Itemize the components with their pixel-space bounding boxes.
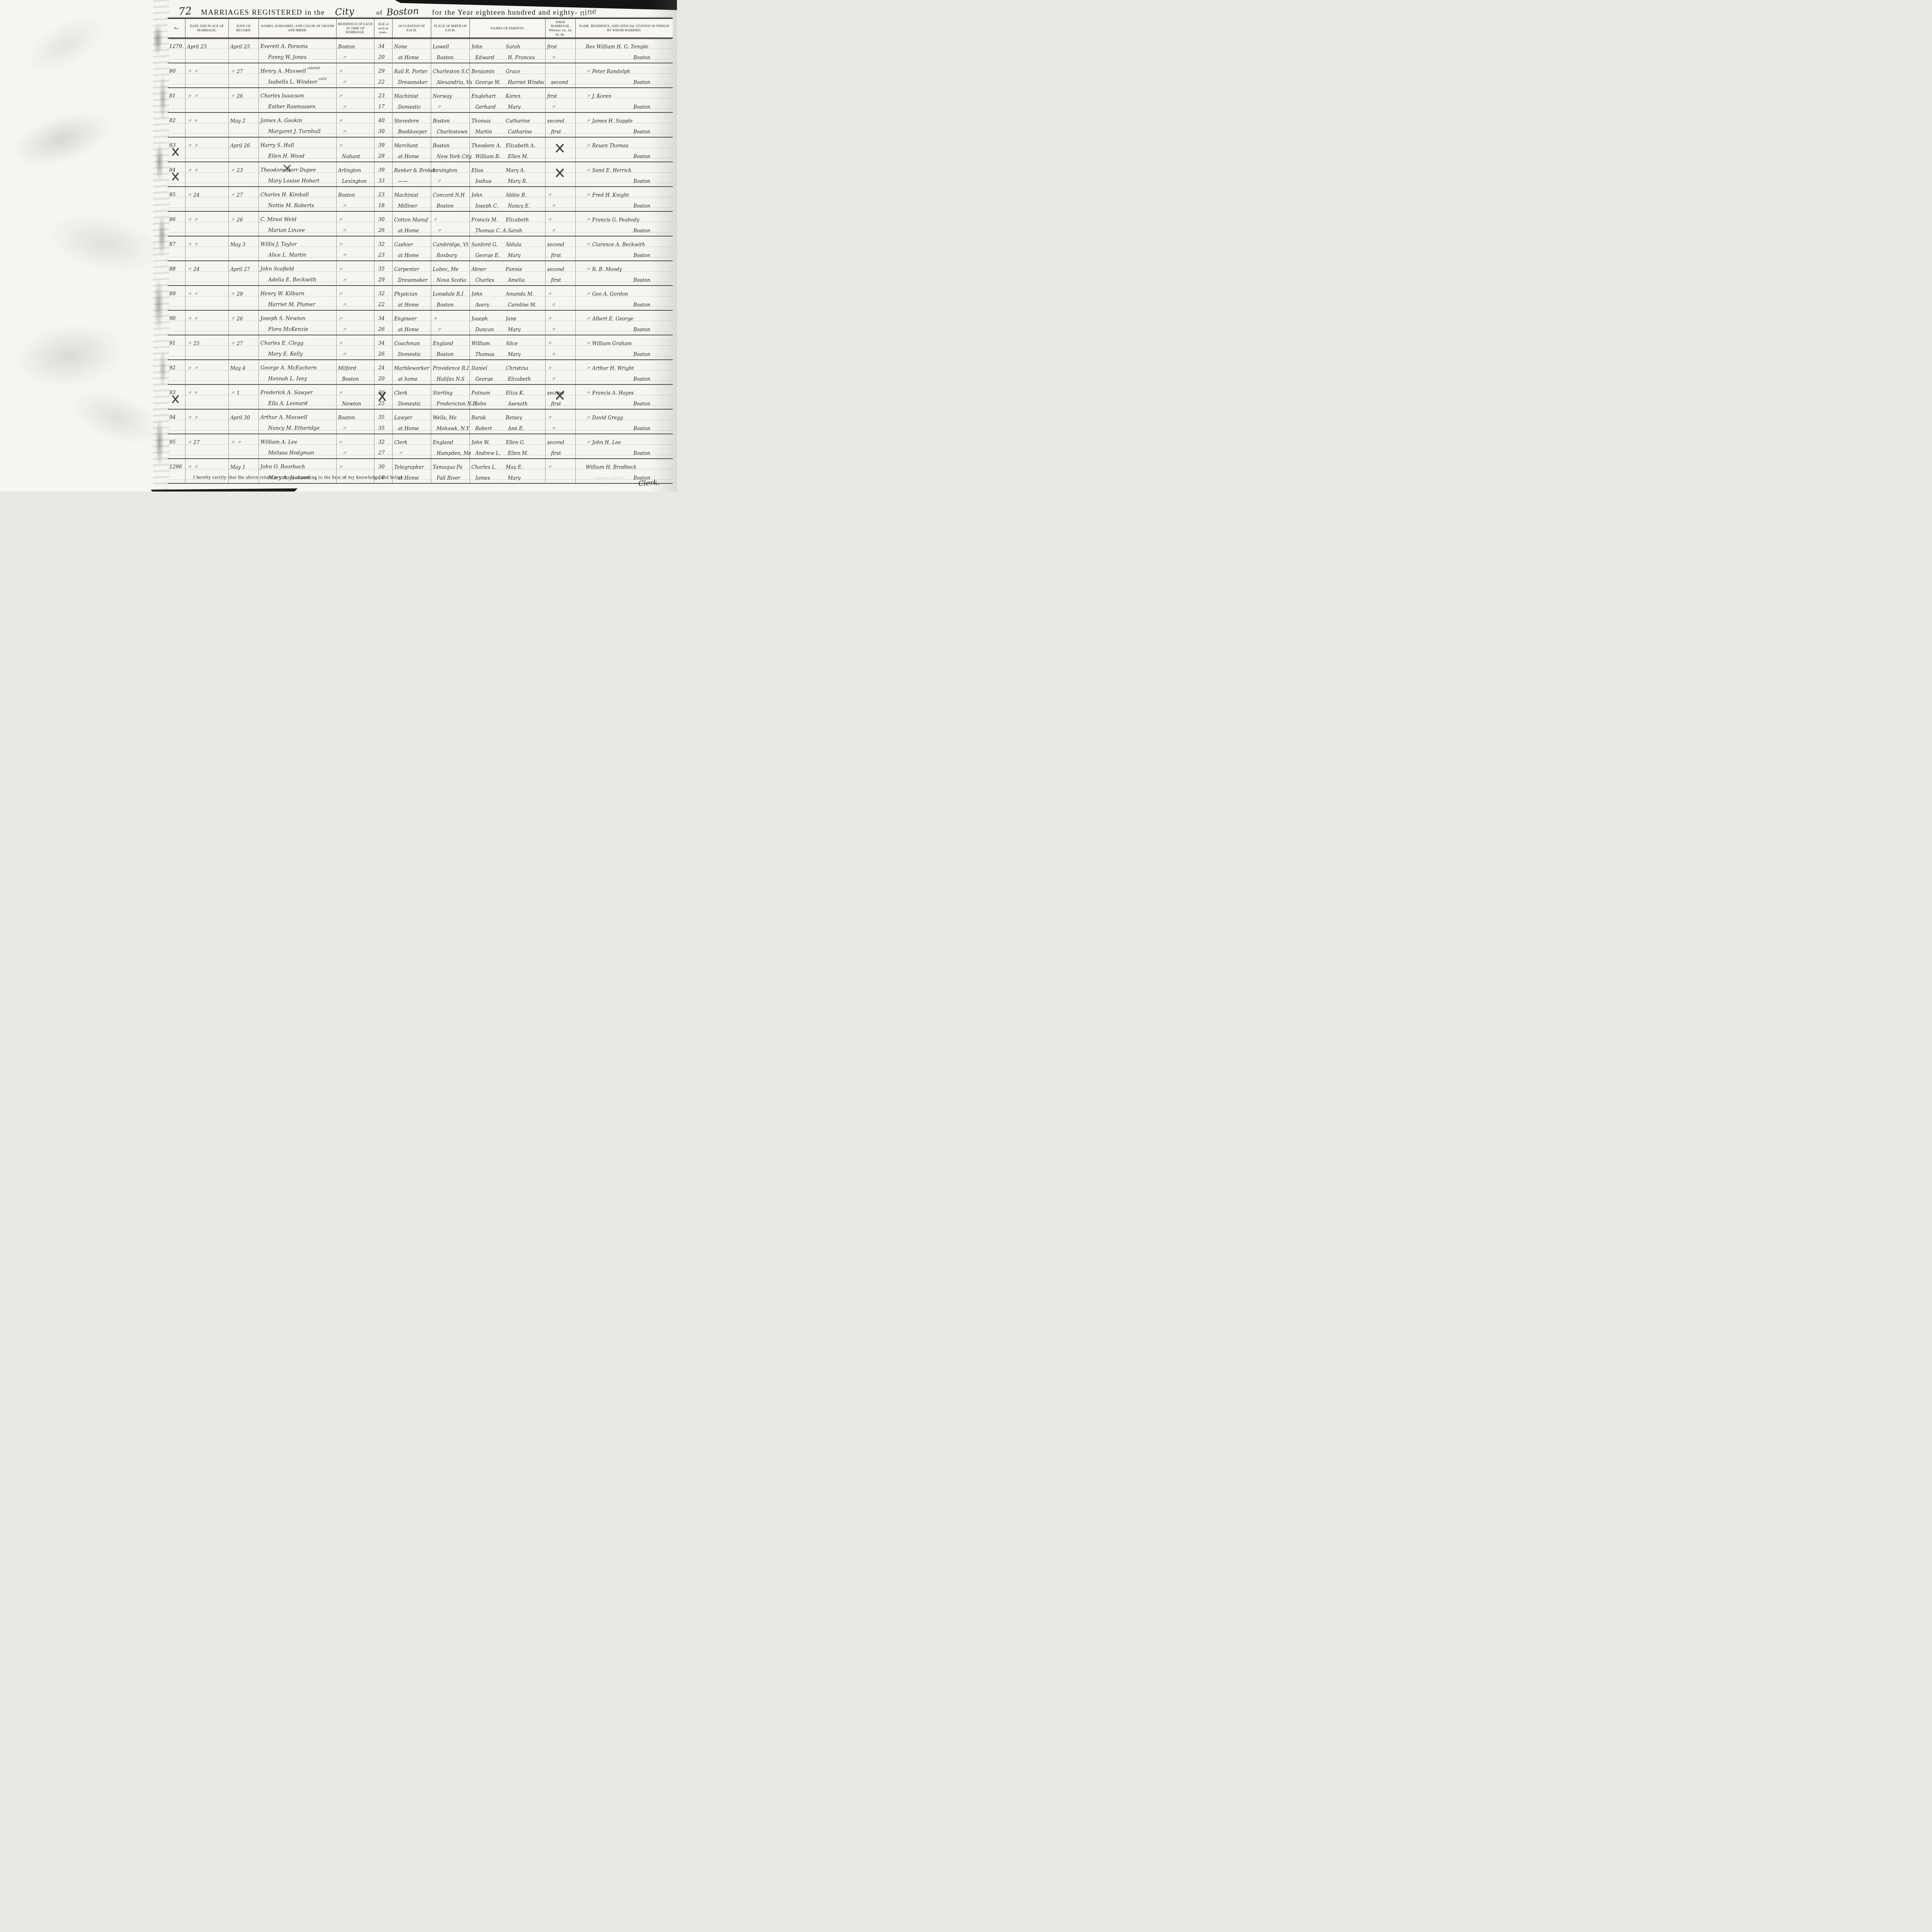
cell-residence: 〃 〃 [337, 434, 374, 458]
record-number: 90 [168, 311, 185, 321]
column-header: NAMES, SURNAMES, AND COLOR OF GROOM AND … [259, 19, 337, 37]
cell-age: 32 27 ✕ [374, 434, 393, 458]
bride-father: George E. [475, 253, 508, 258]
cell-residence: 〃 〃 [337, 113, 374, 137]
cell-birthplace: Providence R.I Halifax N.S [431, 360, 470, 384]
column-header: DATE OF RECORD. [229, 19, 259, 37]
bride-what-marriage: 〃 [546, 420, 575, 431]
cell-officiant: 〃 Arthur H. Wright Boston [576, 360, 673, 384]
cell-parents: BarakBetsey RobertAnn E. [470, 410, 546, 434]
groom-residence: Arlington [337, 162, 374, 173]
bride-birthplace: New York City [431, 148, 469, 159]
groom-age: 39 [374, 138, 392, 148]
officiant-name: 〃 Albert E. George [576, 311, 673, 321]
cell-parents: JosephJane DuncanMary [470, 311, 546, 335]
groom-age: 35 [374, 261, 392, 272]
cell-date-of-record: May 3 [229, 236, 259, 260]
column-header: WHAT MARRIAGE, Whether 1st, 2d, 3d, &c. [546, 19, 576, 37]
cell-residence: 〃 〃 [337, 261, 374, 285]
certification-statement: I hereby certify that the above return i… [193, 474, 404, 480]
cell-what-marriage: 〃 〃 ✕ [546, 187, 576, 211]
column-header: OCCUPATION OF EACH. [393, 19, 431, 37]
record-number: 83 [168, 138, 185, 148]
date-of-marriage: 〃 〃 [185, 162, 228, 173]
bride-birthplace: Fall River [431, 470, 469, 481]
bride-name: Flora McKenzie [268, 327, 308, 332]
groom-father: Benjamin [471, 69, 506, 74]
date-of-record: 〃 27 [229, 63, 259, 74]
bride-what-marriage: 〃 [546, 99, 575, 110]
cell-date-of-record: 〃 27 [229, 63, 259, 87]
cell-date-of-record: 〃 27 [229, 335, 259, 359]
groom-occupation: Lawyer [393, 410, 431, 420]
groom-father: Sanford G. [471, 242, 506, 247]
bride-mother: Mary [508, 253, 544, 258]
groom-what-marriage: 〃 [546, 311, 575, 321]
cell-age: 34 26 ✕ [374, 311, 393, 335]
bride-residence: Lexington [337, 173, 374, 184]
cell-birthplace: Sterling Fredericton N.B [431, 385, 470, 409]
groom-birthplace: Lonsdale R.I [431, 286, 469, 297]
groom-birthplace: England [431, 335, 469, 346]
date-of-record: 〃 26 [229, 88, 259, 99]
bride-father: Joseph C. [475, 204, 508, 209]
cell-parents: JohnSarah EdwardH. Frances [470, 39, 546, 63]
bride-age: 27 [374, 445, 392, 456]
groom-what-marriage: 〃 [546, 212, 575, 223]
cell-occupation: Marbleworker at home [393, 360, 431, 384]
bride-name: Nettie M. Roberts [268, 203, 314, 208]
bride-residence: 〃 [337, 99, 374, 110]
cell-date-of-marriage: 〃 〃 [185, 236, 229, 260]
cell-what-marriage: first 〃 ✕ [546, 39, 576, 63]
cell-parents: EnglehartKaren GerhardMary [470, 88, 546, 112]
cell-date-of-marriage: 〃 〃 [185, 113, 229, 137]
cell-date-of-marriage: 〃 〃 [185, 212, 229, 236]
cell-age: 35 35 ✕ [374, 410, 393, 434]
groom-father: Charles L. [471, 465, 506, 470]
groom-name: C. Minot Weld [260, 217, 296, 222]
record-number: 93 [168, 385, 185, 396]
cell-parents: JohnAbbie B. Joseph C.Nancy E. [470, 187, 546, 211]
bride-occupation: Domestic [393, 346, 431, 357]
officiant-name: Rev William H. G. Temple [576, 39, 673, 49]
cell-record-number: 84 ✕ [168, 162, 185, 186]
table-row: 81 ✕ 〃 〃 〃 26 Charles Isaacson Esther Ra… [168, 88, 673, 113]
bride-age: 33 [374, 173, 392, 184]
groom-mother: Alice [506, 341, 544, 346]
groom-birthplace: Cambridge, Vt [431, 236, 469, 247]
groom-birthplace: 〃 [431, 311, 469, 321]
bride-age: 29 [374, 272, 392, 283]
column-header: NAME, RESIDENCE, AND OFFICIAL STATION OF… [576, 19, 673, 37]
bride-name: Hannah L. Ivey [268, 376, 307, 381]
cell-date-of-record: May 2 [229, 113, 259, 137]
bride-name: Marian Linzee [268, 228, 305, 233]
date-of-marriage: 〃 〃 [185, 410, 228, 420]
cell-officiant: 〃 Clarence A. Beckwith Boston [576, 236, 673, 260]
date-of-record: May 3 [229, 236, 259, 247]
cell-occupation: None at Home [393, 39, 431, 63]
paper-smudge [18, 5, 113, 84]
cell-officiant: Rev William H. G. Temple Boston [576, 39, 673, 63]
cell-what-marriage: second ✕ [546, 63, 576, 87]
bride-name: Esther Rasmussen [268, 104, 315, 109]
record-number: 86 [168, 212, 185, 223]
cell-birthplace: England Boston [431, 335, 470, 359]
groom-occupation: Cashier [393, 236, 431, 247]
record-number: 84 [168, 162, 185, 173]
groom-color-note: colored [307, 66, 320, 70]
groom-residence: Milford [337, 360, 374, 371]
cell-age: 39 33 ✕ [374, 162, 393, 186]
record-number: 89 [168, 286, 185, 297]
cell-parents: Sanford G.Aldula George E.Mary [470, 236, 546, 260]
cell-parents: JohnAmanda M. AveryCaroline M. [470, 286, 546, 310]
groom-name: Theodore Dorr Dupee [260, 168, 316, 173]
cell-date-of-marriage: 〃 〃 [185, 410, 229, 434]
groom-occupation: Merchant [393, 138, 431, 148]
groom-occupation: Machinist [393, 88, 431, 99]
groom-residence: Boston [337, 410, 374, 420]
groom-mother: Mary A. [506, 168, 544, 173]
groom-occupation: Machinist [393, 187, 431, 198]
record-number: 1279. [168, 39, 185, 49]
officiant-residence: Boston [576, 445, 673, 456]
bride-occupation: at Home [393, 247, 431, 258]
bride-what-marriage [546, 173, 575, 184]
cell-names: Harry S. Hall Ellen H. Wood [259, 138, 337, 162]
date-of-record: 〃 27 [229, 187, 259, 198]
date-of-marriage: April 23 [185, 39, 228, 49]
bride-mother: Mary [508, 476, 544, 481]
groom-what-marriage: second [546, 113, 575, 124]
cell-occupation: Banker & Broker —— [393, 162, 431, 186]
officiant-residence: Boston [576, 148, 673, 159]
cell-record-number: 83 ✕ [168, 138, 185, 162]
groom-residence: 〃 [337, 385, 374, 396]
date-of-record: 〃 26 [229, 311, 259, 321]
bride-residence: 〃 [337, 124, 374, 134]
bride-mother: Caroline M. [508, 303, 544, 308]
date-of-marriage: 〃 〃 [185, 236, 228, 247]
cell-date-of-record: May 4 [229, 360, 259, 384]
bride-name: Fanny W. Jones [268, 55, 306, 60]
cell-occupation: Cashier at Home [393, 236, 431, 260]
officiant-name: 〃 John H. Lee [576, 434, 673, 445]
bride-age: 26 [374, 223, 392, 233]
bride-age: 17 [374, 99, 392, 110]
groom-name: Arthur A. Maxwell [260, 415, 307, 420]
paper-smudge [42, 205, 167, 282]
bride-occupation: Dressmaker [393, 272, 431, 283]
groom-age: 32 [374, 286, 392, 297]
groom-residence: 〃 [337, 138, 374, 148]
bride-father: James [475, 476, 508, 481]
cell-what-marriage: 〃 ✕ [546, 459, 576, 483]
groom-father: Elias [471, 168, 506, 173]
table-row: 95 ✕ 〃 27 〃 〃 William A. Lee Melissa Hod… [168, 434, 673, 459]
groom-age: 34 [374, 39, 392, 49]
groom-mother: Ellen G. [506, 440, 544, 445]
record-number: 1296 [168, 459, 185, 470]
cell-parents: PutnamEliza K. JohnAsenath [470, 385, 546, 409]
table-row: 90 ✕ 〃 〃 〃 26 Joseph S. Newton Flora McK… [168, 311, 673, 335]
cell-names: Joseph S. Newton Flora McKenzie [259, 311, 337, 335]
bride-what-marriage: 〃 [546, 198, 575, 209]
cell-what-marriage: second first ✕ [546, 434, 576, 458]
bride-occupation: Domestic [393, 396, 431, 406]
bride-residence: Newton [337, 396, 374, 406]
cell-officiant: 〃 Francis A. Hayes Boston [576, 385, 673, 409]
date-of-record: April 25 [229, 39, 259, 49]
cell-parents: EliasMary A. JoshuaMary R. [470, 162, 546, 186]
officiant-name: 〃 James H. Supple [576, 113, 673, 124]
cell-birthplace: Concord N.H Boston [431, 187, 470, 211]
cell-record-number: 1296 ✕ [168, 459, 185, 483]
bride-father: William B. [475, 154, 508, 159]
bride-occupation: at Home [393, 223, 431, 233]
cell-birthplace: 〃 〃 [431, 212, 470, 236]
column-header: PLACE OF BIRTH OF EACH. [431, 19, 470, 37]
groom-father: Abner [471, 267, 506, 272]
cell-parents: BenjaminGrace George W.Harriet Windsor [470, 63, 546, 87]
cell-birthplace: Boston Charlestown [431, 113, 470, 137]
groom-what-marriage: 〃 [546, 410, 575, 420]
cell-parents: ThomasCatharine MartinCatharine [470, 113, 546, 137]
cell-age: 34 26 ✕ [374, 335, 393, 359]
groom-birthplace: Concord N.H [431, 187, 469, 198]
cell-record-number: 94 ✕ [168, 410, 185, 434]
cell-birthplace: Cambridge, Vt Roxbury [431, 236, 470, 260]
officiant-name: 〃 Fred H. Knight [576, 187, 673, 198]
date-of-record: April 26 [229, 138, 259, 148]
bride-age: 23 [374, 247, 392, 258]
bride-occupation: at home [393, 371, 431, 382]
cell-date-of-marriage: 〃 〃 [185, 385, 229, 409]
groom-mother: Karen [506, 94, 544, 99]
record-number: 88 [168, 261, 185, 272]
bride-occupation: at Home [393, 148, 431, 159]
groom-father: John [471, 44, 506, 49]
title-suffix: for the Year eighteen hundred and eighty… [432, 9, 578, 17]
groom-mother: Catharine [506, 119, 544, 124]
bride-occupation: —— [393, 173, 431, 184]
groom-name: Joseph S. Newton [260, 316, 306, 321]
officiant-residence: Boston [576, 346, 673, 357]
bride-father: Robert [475, 426, 508, 431]
groom-birthplace: Providence R.I [431, 360, 469, 371]
bride-residence: 〃 [337, 297, 374, 308]
column-header: AGE of each in years. [374, 19, 393, 37]
date-of-record: 〃 23 [229, 162, 259, 173]
cell-birthplace: Tamaqua Pa Fall River [431, 459, 470, 483]
bride-residence: 〃 [337, 49, 374, 60]
groom-mother: Fannie [506, 267, 544, 272]
groom-occupation: Stevedore [393, 113, 431, 124]
bride-what-marriage: first [546, 247, 575, 258]
groom-birthplace: Tamaqua Pa [431, 459, 469, 470]
bride-residence: 〃 [337, 445, 374, 456]
groom-mother: Sarah [506, 44, 544, 49]
record-number: 95 [168, 434, 185, 445]
cell-occupation: Clerk 〃 [393, 434, 431, 458]
cell-names: George A. McEachern Hannah L. Ivey [259, 360, 337, 384]
bride-occupation: at Home [393, 297, 431, 308]
cell-date-of-record: 〃 23 [229, 162, 259, 186]
bride-age: 22 [374, 297, 392, 308]
groom-residence: 〃 [337, 261, 374, 272]
cell-names: Arthur A. Maxwell Nancy M. Etheridge [259, 410, 337, 434]
table-row: 83 ✕ 〃 〃 April 26 Harry S. Hall Ellen H.… [168, 138, 673, 162]
bride-birthplace: Boston [431, 297, 469, 308]
groom-mother: Elizabeth [506, 218, 544, 223]
date-of-marriage: 〃 〃 [185, 286, 228, 297]
cell-officiant: 〃 James H. Supple Boston [576, 113, 673, 137]
record-number: 82 [168, 113, 185, 124]
record-number: 92 [168, 360, 185, 371]
cell-date-of-record: 〃 29 [229, 286, 259, 310]
record-number: 87 [168, 236, 185, 247]
cell-names: Henry W. Kilburn Harriet M. Plumer [259, 286, 337, 310]
cell-date-of-record: April 25 [229, 39, 259, 63]
cell-date-of-marriage: 〃 〃 [185, 286, 229, 310]
bride-occupation: Dressmaker [393, 74, 431, 85]
groom-residence: 〃 [337, 88, 374, 99]
cell-birthplace: England Hampden, Me [431, 434, 470, 458]
officiant-residence: Boston [576, 198, 673, 209]
bride-name: Ellen H. Wood [268, 154, 304, 159]
bride-birthplace: 〃 [431, 321, 469, 332]
cell-age: 40 30 ✕ [374, 113, 393, 137]
groom-occupation: Physician [393, 286, 431, 297]
groom-occupation: None [393, 39, 431, 49]
date-of-marriage: 〃 〃 [185, 88, 228, 99]
column-header: No. [168, 19, 185, 37]
register-page: 72 MARRIAGES REGISTERED in the City of B… [0, 0, 677, 492]
bride-father: George W. [475, 80, 508, 85]
cell-residence: 〃 〃 [337, 335, 374, 359]
cell-date-of-marriage: 〃 〃 [185, 138, 229, 162]
date-of-marriage: 〃 〃 [185, 113, 228, 124]
bride-what-marriage: 〃 [546, 223, 575, 233]
date-of-record: 〃 〃 [229, 434, 259, 445]
cell-record-number: 92 ✕ [168, 360, 185, 384]
bride-birthplace: Nova Scotia [431, 272, 469, 283]
officiant-residence: Boston [576, 321, 673, 332]
cell-parents: AbnerFannie CharlesAmelia [470, 261, 546, 285]
cell-age: 30 26 ✕ [374, 212, 393, 236]
bride-age: 18 [374, 198, 392, 209]
groom-mother: Jane [506, 316, 544, 321]
groom-occupation: Cotton Manuf [393, 212, 431, 223]
bride-residence: 〃 [337, 272, 374, 283]
cell-date-of-record: April 26 [229, 138, 259, 162]
groom-what-marriage: second [546, 434, 575, 445]
bride-what-marriage: 〃 [546, 371, 575, 382]
groom-name: Henry A. Maxwell [260, 69, 306, 74]
marriage-register-table: No. DATE AND PLACE OF MARRIAGE. DATE OF … [168, 18, 673, 484]
groom-name: Frederick A. Sawyer [260, 390, 313, 395]
cell-residence: Boston 〃 [337, 39, 374, 63]
paper-smudge [12, 317, 128, 393]
bride-mother: Mary [508, 352, 544, 357]
record-number: 81 [168, 88, 185, 99]
groom-birthplace: Sterling [431, 385, 469, 396]
cell-record-number: 90 ✕ [168, 311, 185, 335]
groom-what-marriage: first [546, 39, 575, 49]
bride-birthplace: Boston [431, 198, 469, 209]
cell-date-of-marriage: 〃 24 [185, 187, 229, 211]
officiant-residence: Boston [576, 371, 673, 382]
bride-age: 22 [374, 74, 392, 85]
groom-what-marriage: 〃 [546, 187, 575, 198]
cell-date-of-record: April 27 [229, 261, 259, 285]
bride-mother: Ellen M. [508, 154, 544, 159]
bride-father: Gerhard [475, 105, 508, 110]
groom-residence: Boston [337, 187, 374, 198]
cell-occupation: Clerk Domestic [393, 385, 431, 409]
bride-birthplace: Boston [431, 49, 469, 60]
cell-what-marriage: 〃 〃 ✕ [546, 410, 576, 434]
paper-smudge [7, 102, 117, 177]
bride-father: Thomas C. A. [475, 228, 508, 233]
officiant-name: 〃 David Gregg [576, 410, 673, 420]
cell-what-marriage: first 〃 ✕ [546, 88, 576, 112]
cell-occupation: Stevedore Bookkeeper [393, 113, 431, 137]
cell-record-number: 81 ✕ [168, 88, 185, 112]
cell-names: William A. Lee Melissa Hodgman [259, 434, 337, 458]
cell-date-of-marriage: 〃 27 [185, 434, 229, 458]
date-of-marriage: 〃 〃 [185, 311, 228, 321]
bride-name: Harriet M. Plumer [268, 302, 315, 307]
cell-what-marriage: ✕ [546, 138, 576, 162]
groom-name: Harry S. Hall [260, 143, 294, 148]
cell-occupation: Coachman Domestic [393, 335, 431, 359]
bride-what-marriage: first [546, 396, 575, 406]
cell-officiant: 〃 David Gregg Boston [576, 410, 673, 434]
table-body: 1279. ✕ April 23 April 25 Everett A. Par… [168, 39, 673, 484]
cell-birthplace: Boston New York City [431, 138, 470, 162]
cell-date-of-record: 〃 26 [229, 88, 259, 112]
date-of-marriage: 〃 〃 [185, 385, 228, 396]
groom-name: Charles E. Clegg [260, 341, 303, 346]
cell-age: 35 29 ✕ [374, 261, 393, 285]
groom-father: William [471, 341, 506, 346]
bride-name: Isabella L. Windsor [268, 80, 317, 85]
cell-record-number: 86 ✕ [168, 212, 185, 236]
groom-birthplace: England [431, 434, 469, 445]
cell-date-of-record: 〃 27 [229, 187, 259, 211]
groom-occupation: Clerk [393, 385, 431, 396]
bride-mother: H. Frances [508, 55, 544, 60]
groom-age: 30 [374, 459, 392, 470]
bride-mother: Asenath [508, 401, 544, 406]
cell-record-number: 95 ✕ [168, 434, 185, 458]
bride-father: George [475, 377, 508, 382]
cell-what-marriage: 〃 〃 ✕ [546, 311, 576, 335]
date-of-record: April 27 [229, 261, 259, 272]
cell-what-marriage: 〃 〃 ✕ [546, 360, 576, 384]
bride-birthplace: Roxbury [431, 247, 469, 258]
cell-age: 29 22 ✕ [374, 63, 393, 87]
cell-residence: 〃 〃 [337, 88, 374, 112]
groom-name: John Scofield [260, 267, 294, 272]
officiant-residence: Boston [576, 297, 673, 308]
groom-residence: 〃 [337, 459, 374, 470]
bride-name: Alice L. Martin [268, 253, 306, 258]
groom-residence: 〃 [337, 311, 374, 321]
